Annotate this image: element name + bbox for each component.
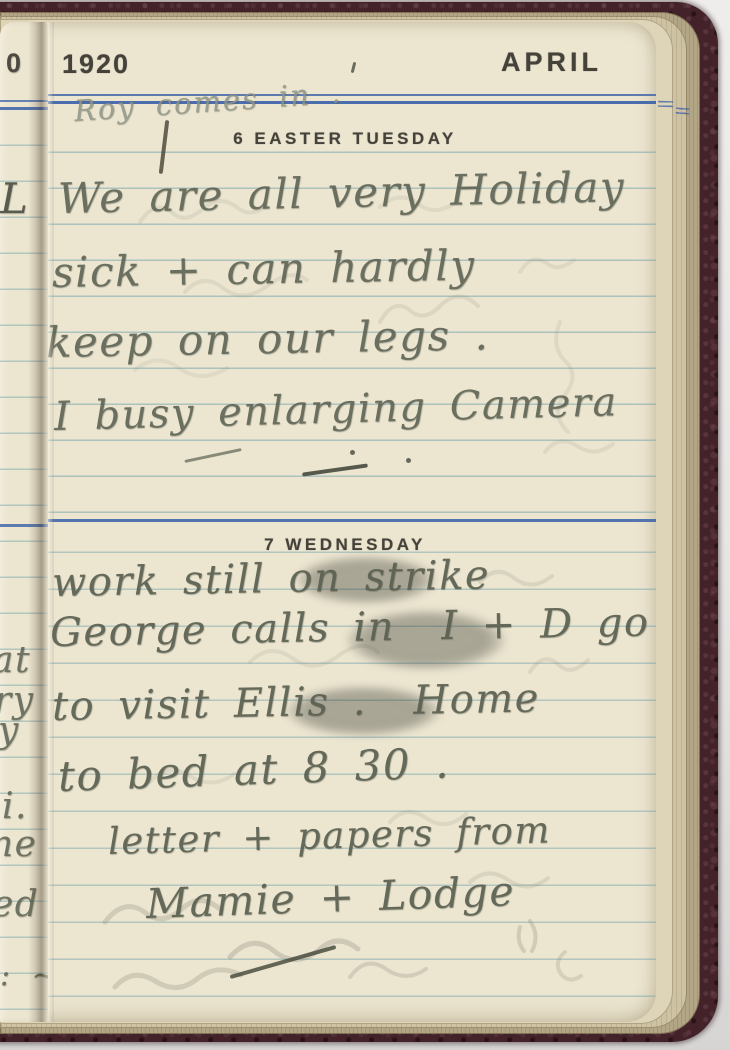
left-page-text-fragment: ed (0, 884, 39, 925)
handwriting-line: We are all very Holiday (57, 162, 625, 223)
blue-rule-on-page-edges (658, 101, 673, 108)
left-page-text-fragment: : ~ (0, 958, 48, 993)
pencil-underline (230, 945, 337, 979)
date-header-easter-tuesday: 6 EASTER TUESDAY (44, 129, 646, 149)
handwriting-line: George calls in I + D go (50, 600, 650, 656)
printed-blue-rule-left-page-middle (0, 524, 48, 527)
left-page-text-fragment: y (0, 710, 20, 751)
blue-rule-on-page-edges (676, 108, 689, 115)
month-label: APRIL (501, 47, 602, 78)
pencil-dot (406, 458, 411, 463)
pencil-underline (184, 448, 241, 463)
handwriting-line: sick + can hardly (52, 241, 476, 297)
left-page-text-fragment: ne (0, 824, 38, 865)
date-header-wednesday: 7 WEDNESDAY (44, 535, 646, 555)
pencil-dot (350, 450, 355, 455)
printed-blue-rule-left-page-2 (0, 107, 48, 110)
year-label: 1920 (62, 49, 130, 80)
handwriting-line: to visit Ellis . Home (52, 675, 541, 730)
diary-page-right: 1920 APRIL 6 EASTER TUESDAY 7 WEDNESDAY … (0, 22, 656, 1022)
pencil-underline (302, 463, 368, 476)
handwriting-line: I busy enlarging Camera (53, 379, 618, 440)
left-page-text-fragment: at (0, 640, 31, 681)
printed-blue-rule-left-page (0, 100, 48, 102)
handwriting-line: to bed at 8 30 . (57, 738, 450, 801)
printed-blue-rule-middle (0, 519, 656, 522)
left-page-text-fragment: i. (2, 786, 28, 827)
handwriting-line: letter + papers from (107, 808, 551, 863)
handwritten-note-above-header: Roy comes in . (73, 75, 343, 128)
diary-photograph: 1920 APRIL 6 EASTER TUESDAY 7 WEDNESDAY … (0, 0, 730, 1050)
handwriting-line: Mamie + Lodge (145, 867, 516, 928)
handwriting-line: work still on strike (52, 552, 491, 606)
left-page-text-fragment: L (0, 174, 29, 223)
pencil-mark (351, 62, 357, 73)
left-page-text-fragment: 0 (6, 48, 23, 79)
handwriting-line: keep on our legs . (46, 310, 490, 367)
previous-page-sliver: 0 L at ry y i. ne ed : ~ (0, 22, 48, 1022)
